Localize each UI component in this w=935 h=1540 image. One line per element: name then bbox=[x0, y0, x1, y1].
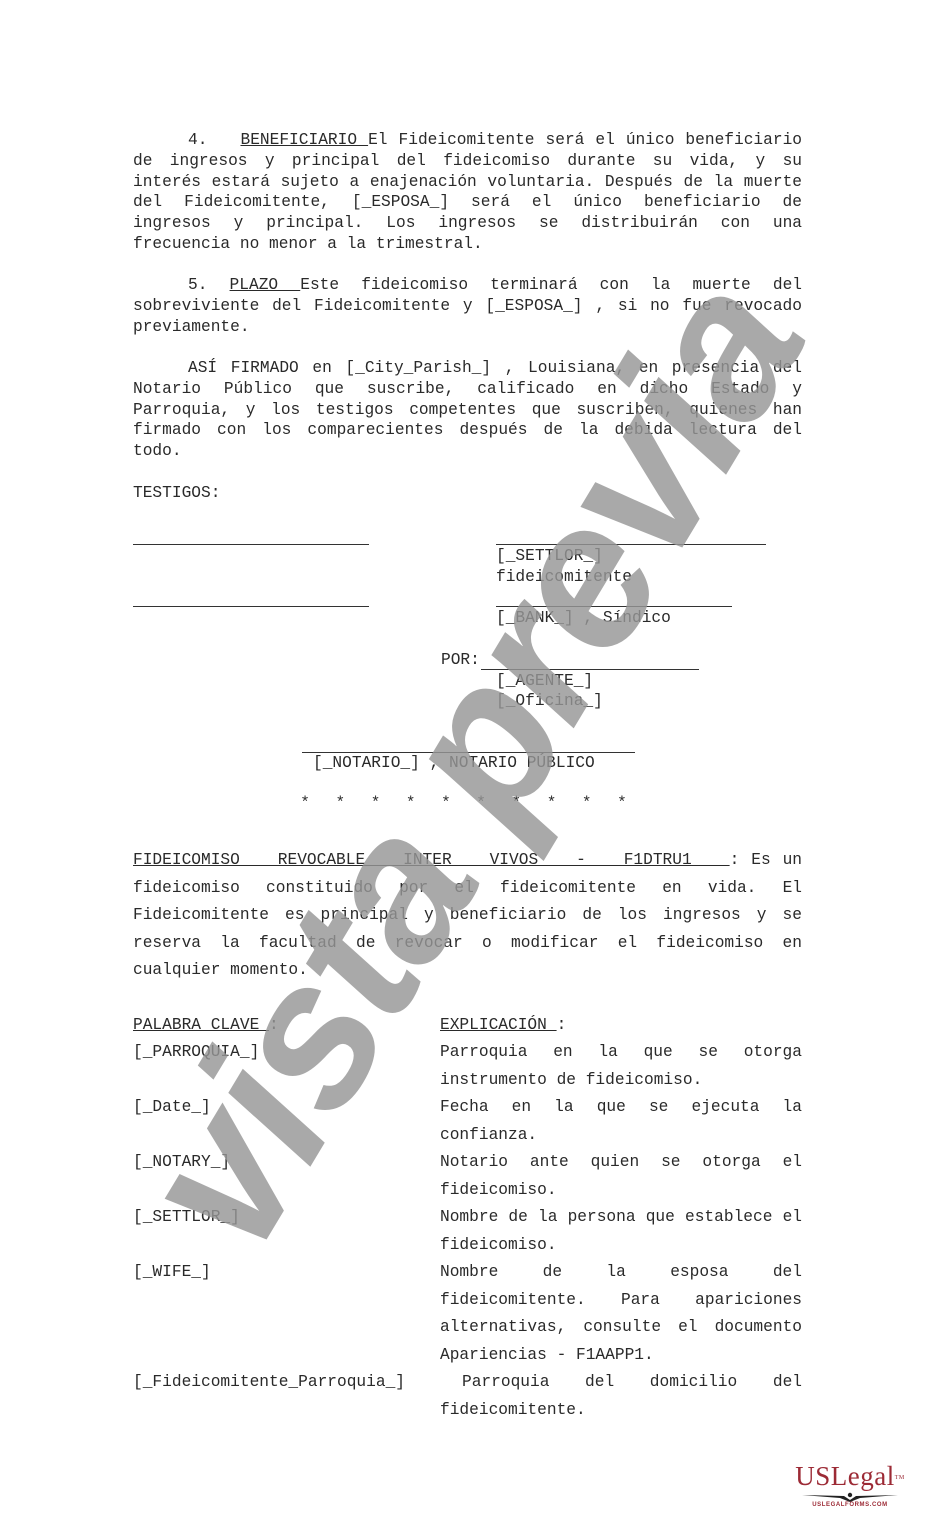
section-heading: PLAZO bbox=[230, 276, 301, 294]
settlor-role: fideicomitente bbox=[496, 567, 632, 588]
separator-stars: * * * * * * * * * * bbox=[0, 794, 935, 812]
section-number: 4. bbox=[188, 131, 207, 149]
witnesses-label: TESTIGOS: bbox=[133, 483, 220, 504]
glossary-keyword: [_WIFE_] bbox=[133, 1259, 211, 1287]
glossary-keyword: [_PARROQUIA_] bbox=[133, 1039, 259, 1067]
glossary-explanation: Parroquia en la que se otorga instrument… bbox=[440, 1039, 802, 1094]
glossary-explanation: Nombre de la esposa del fideicomitente. … bbox=[440, 1259, 802, 1369]
agent-signature-line bbox=[481, 669, 699, 670]
bank-signature-line bbox=[496, 606, 732, 607]
keyword-header: PALABRA CLAVE : bbox=[133, 1012, 279, 1040]
notary-name: [_NOTARIO_] , NOTARIO PÚBLICO bbox=[313, 753, 595, 774]
agent-office: [_Oficina_] bbox=[496, 691, 603, 712]
summary-title: FIDEICOMISO REVOCABLE INTER VIVOS - F1DT… bbox=[133, 851, 730, 869]
logo-url: USLEGALFORMS.COM bbox=[790, 1502, 910, 1508]
glossary-explanation: Notario ante quien se otorga el fideicom… bbox=[440, 1149, 802, 1204]
settlor-name: [_SETTLOR_] bbox=[496, 546, 603, 567]
section-heading: BENEFICIARIO bbox=[240, 131, 368, 149]
section-text: El Fideicomitente será el único benefici… bbox=[133, 131, 802, 253]
section-number: 5. bbox=[188, 276, 207, 294]
explanation-header: EXPLICACIÓN : bbox=[440, 1012, 566, 1040]
por-label: POR: bbox=[441, 650, 480, 671]
keyword-header-label: PALABRA CLAVE bbox=[133, 1016, 269, 1034]
glossary-explanation: Parroquia del domicilio del fideicomiten… bbox=[440, 1369, 802, 1424]
summary-paragraph: FIDEICOMISO REVOCABLE INTER VIVOS - F1DT… bbox=[133, 847, 802, 985]
witness-2-signature-line bbox=[133, 606, 369, 607]
logo-wordmark: USLegalTM bbox=[790, 1462, 910, 1490]
logo-text: USLegal bbox=[795, 1461, 894, 1491]
section-5-term: 5. PLAZO Este fideicomiso terminará con … bbox=[133, 275, 802, 337]
glossary-explanation: Fecha en la que se ejecuta la confianza. bbox=[440, 1094, 802, 1149]
header-colon: : bbox=[557, 1016, 567, 1034]
agent-name: [_AGENTE_] bbox=[496, 671, 593, 692]
summary-text: : Es un fideicomiso constituido por el f… bbox=[133, 851, 802, 979]
settlor-signature-line bbox=[496, 544, 766, 545]
header-colon: : bbox=[269, 1016, 279, 1034]
glossary-explanation: Nombre de la persona que establece el fi… bbox=[440, 1204, 802, 1259]
uslegal-logo: USLegalTM USLEGALFORMS.COM bbox=[790, 1462, 910, 1508]
eagle-wings-icon bbox=[800, 1492, 900, 1502]
glossary-keyword: [_Fideicomitente_Parroquia_] bbox=[133, 1369, 405, 1397]
glossary-keyword: [_SETTLOR_] bbox=[133, 1204, 240, 1232]
signed-paragraph: ASÍ FIRMADO en [_City_Parish_] , Louisia… bbox=[133, 358, 802, 462]
explanation-header-label: EXPLICACIÓN bbox=[440, 1016, 557, 1034]
witness-1-signature-line bbox=[133, 544, 369, 545]
trademark-symbol: TM bbox=[895, 1475, 905, 1481]
section-4-beneficiary: 4. BENEFICIARIO El Fideicomitente será e… bbox=[133, 130, 802, 255]
glossary-keyword: [_Date_] bbox=[133, 1094, 211, 1122]
bank-trustee: [_BANK_] , Síndico bbox=[496, 608, 671, 629]
document-page: 4. BENEFICIARIO El Fideicomitente será e… bbox=[0, 0, 935, 1540]
glossary-keyword: [_NOTARY_] bbox=[133, 1149, 230, 1177]
